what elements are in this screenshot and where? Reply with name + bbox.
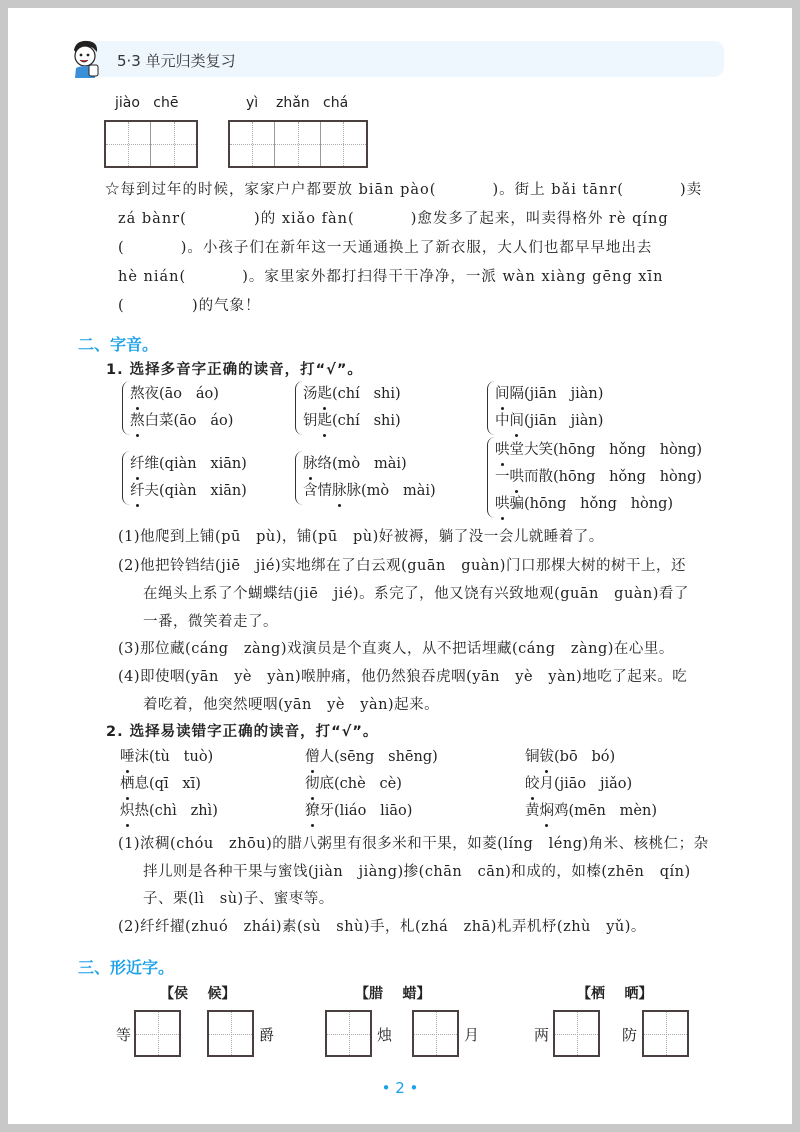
word-item[interactable]: 唾沫(tù tuò) xyxy=(120,744,218,771)
context-char: 等 xyxy=(116,1024,131,1045)
brace xyxy=(122,381,130,435)
polyphone-item[interactable]: 哄骗(hōng hǒng hòng) xyxy=(495,491,702,518)
polyphone-item[interactable]: 哄堂大笑(hōng hǒng hòng) xyxy=(495,437,702,464)
answer-box[interactable] xyxy=(207,1010,254,1057)
polyphone-item[interactable]: 汤匙(chí shi) xyxy=(303,381,401,408)
polyphone-item[interactable]: 间隔(jiān jiàn) xyxy=(495,381,603,408)
polyphone-group: 汤匙(chí shi) 钥匙(chí shi) xyxy=(303,381,401,435)
polyphone-item[interactable]: 一哄而散(hōng hǒng hòng) xyxy=(495,464,702,491)
word-column: 唾沫(tù tuò) 栖息(qī xī) 炽热(chì zhì) xyxy=(120,744,218,825)
polyphone-item[interactable]: 熬夜(āo áo) xyxy=(130,381,233,408)
answer-box[interactable] xyxy=(134,1010,181,1057)
brace xyxy=(295,381,303,435)
polyphone-item[interactable]: 中间(jiān jiàn) xyxy=(495,408,603,435)
sentence: (3)那位藏(cáng zàng)戏演员是个直爽人，从不把话埋藏(cáng zà… xyxy=(118,637,674,658)
sentence: (2)纤纤擢(zhuó zhái)素(sù shù)手，札(zhá zhā)札弄… xyxy=(118,915,646,936)
section-title-similar-characters: 三、形近字。 xyxy=(78,955,174,978)
polyphone-group: 哄堂大笑(hōng hǒng hòng) 一哄而散(hōng hǒng hòng… xyxy=(495,437,702,518)
answer-box[interactable] xyxy=(325,1010,372,1057)
answer-box[interactable] xyxy=(412,1010,459,1057)
header-title: 5·3 单元归类复习 xyxy=(117,50,236,71)
polyphone-item[interactable]: 钥匙(chí shi) xyxy=(303,408,401,435)
question-title: 2. 选择易读错字正确的读音，打“√”。 xyxy=(106,720,378,741)
word-item[interactable]: 獠牙(liáo liāo) xyxy=(305,798,438,825)
brace xyxy=(487,381,495,435)
sentence: (2)他把铃铛结(jiē jié)实地绑在了白云观(guān guàn)门口那棵… xyxy=(118,554,686,575)
char-pair-label: 【栖 晒】 xyxy=(577,983,653,1003)
context-char: 爵 xyxy=(259,1024,274,1045)
writing-grid-yizhancha[interactable] xyxy=(228,120,368,168)
answer-box[interactable] xyxy=(642,1010,689,1057)
context-char: 两 xyxy=(534,1024,549,1045)
grid-cell[interactable] xyxy=(230,122,275,166)
sentence: (4)即使咽(yān yè yàn)喉肿痛，他仍然狼吞虎咽(yān yè yàn… xyxy=(118,665,687,686)
paragraph-line: zá bànr( )的 xiǎo fàn( )愈发多了起来，叫卖得格外 rè q… xyxy=(118,207,669,228)
grid-cell[interactable] xyxy=(321,122,366,166)
polyphone-item[interactable]: 含情脉脉(mò mài) xyxy=(303,478,436,505)
char-pair-label: 【侯 候】 xyxy=(160,983,236,1003)
sentence: 一番，微笑着走了。 xyxy=(143,610,278,631)
sentence: 子、栗(lì sù)子、蜜枣等。 xyxy=(143,887,334,908)
paragraph-line: ( )。小孩子们在新年这一天通通换上了新衣服，大人们也都早早地出去 xyxy=(118,236,652,257)
word-item[interactable]: 皎月(jiāo jiǎo) xyxy=(525,771,657,798)
polyphone-item[interactable]: 纤夫(qiàn xiān) xyxy=(130,478,247,505)
grid-cell[interactable] xyxy=(106,122,151,166)
word-item[interactable]: 铜钹(bō bó) xyxy=(525,744,657,771)
word-column: 僧人(sēng shēng) 彻底(chè cè) 獠牙(liáo liāo) xyxy=(305,744,438,825)
context-char: 月 xyxy=(464,1024,479,1045)
word-item[interactable]: 黄焖鸡(mēn mèn) xyxy=(525,798,657,825)
word-column: 铜钹(bō bó) 皎月(jiāo jiǎo) 黄焖鸡(mēn mèn) xyxy=(525,744,657,825)
polyphone-group: 间隔(jiān jiàn) 中间(jiān jiàn) xyxy=(495,381,603,435)
char-pair-label: 【腊 蜡】 xyxy=(355,983,431,1003)
polyphone-item[interactable]: 纤维(qiàn xiān) xyxy=(130,451,247,478)
sentence: 着吃着，他突然哽咽(yān yè yàn)起来。 xyxy=(143,693,439,714)
paragraph-line: hè nián( )。家里家外都打扫得干干净净，一派 wàn xiàng gēn… xyxy=(118,265,663,286)
word-item[interactable]: 栖息(qī xī) xyxy=(120,771,218,798)
context-char: 防 xyxy=(622,1024,637,1045)
polyphone-group: 纤维(qiàn xiān) 纤夫(qiàn xiān) xyxy=(130,451,247,505)
pinyin-label: jiào chē xyxy=(115,95,178,111)
word-item[interactable]: 炽热(chì zhì) xyxy=(120,798,218,825)
page-number: • 2 • xyxy=(370,1079,430,1097)
sentence: 拌儿则是各种干果与蜜饯(jiàn jiàng)掺(chān cān)和成的，如榛… xyxy=(143,860,691,881)
paragraph-line: ( )的气象！ xyxy=(118,294,261,315)
sentence: 在绳头上系了个蝴蝶结(jiē jié)。系完了，他又饶有兴致地观(guān gu… xyxy=(143,582,689,603)
polyphone-item[interactable]: 熬白菜(āo áo) xyxy=(130,408,233,435)
pinyin-label: yì zhǎn chá xyxy=(246,95,348,111)
sentence: (1)浓稠(chóu zhōu)的腊八粥里有很多米和干果，如菱(líng lén… xyxy=(118,832,709,853)
polyphone-item[interactable]: 脉络(mò mài) xyxy=(303,451,436,478)
word-item[interactable]: 彻底(chè cè) xyxy=(305,771,438,798)
context-char: 烛 xyxy=(377,1024,392,1045)
writing-grid-jiaoche[interactable] xyxy=(104,120,198,168)
polyphone-group: 熬夜(āo áo) 熬白菜(āo áo) xyxy=(130,381,233,435)
word-item[interactable]: 僧人(sēng shēng) xyxy=(305,744,438,771)
section-title-pronunciation: 二、字音。 xyxy=(78,332,158,355)
grid-cell[interactable] xyxy=(275,122,320,166)
brace xyxy=(295,451,303,505)
brace xyxy=(122,451,130,505)
question-title: 1. 选择多音字正确的读音，打“√”。 xyxy=(106,358,363,379)
paragraph-line: ☆每到过年的时候，家家户户都要放 biān pào( )。街上 bǎi tānr… xyxy=(105,178,702,199)
answer-box[interactable] xyxy=(553,1010,600,1057)
sentence: (1)他爬到上铺(pū pù)，铺(pū pù)好被褥，躺了没一会儿就睡着了。 xyxy=(118,525,604,546)
polyphone-group: 脉络(mò mài) 含情脉脉(mò mài) xyxy=(303,451,436,505)
boy-mascot-icon xyxy=(68,38,102,78)
brace xyxy=(487,437,495,518)
grid-cell[interactable] xyxy=(151,122,196,166)
